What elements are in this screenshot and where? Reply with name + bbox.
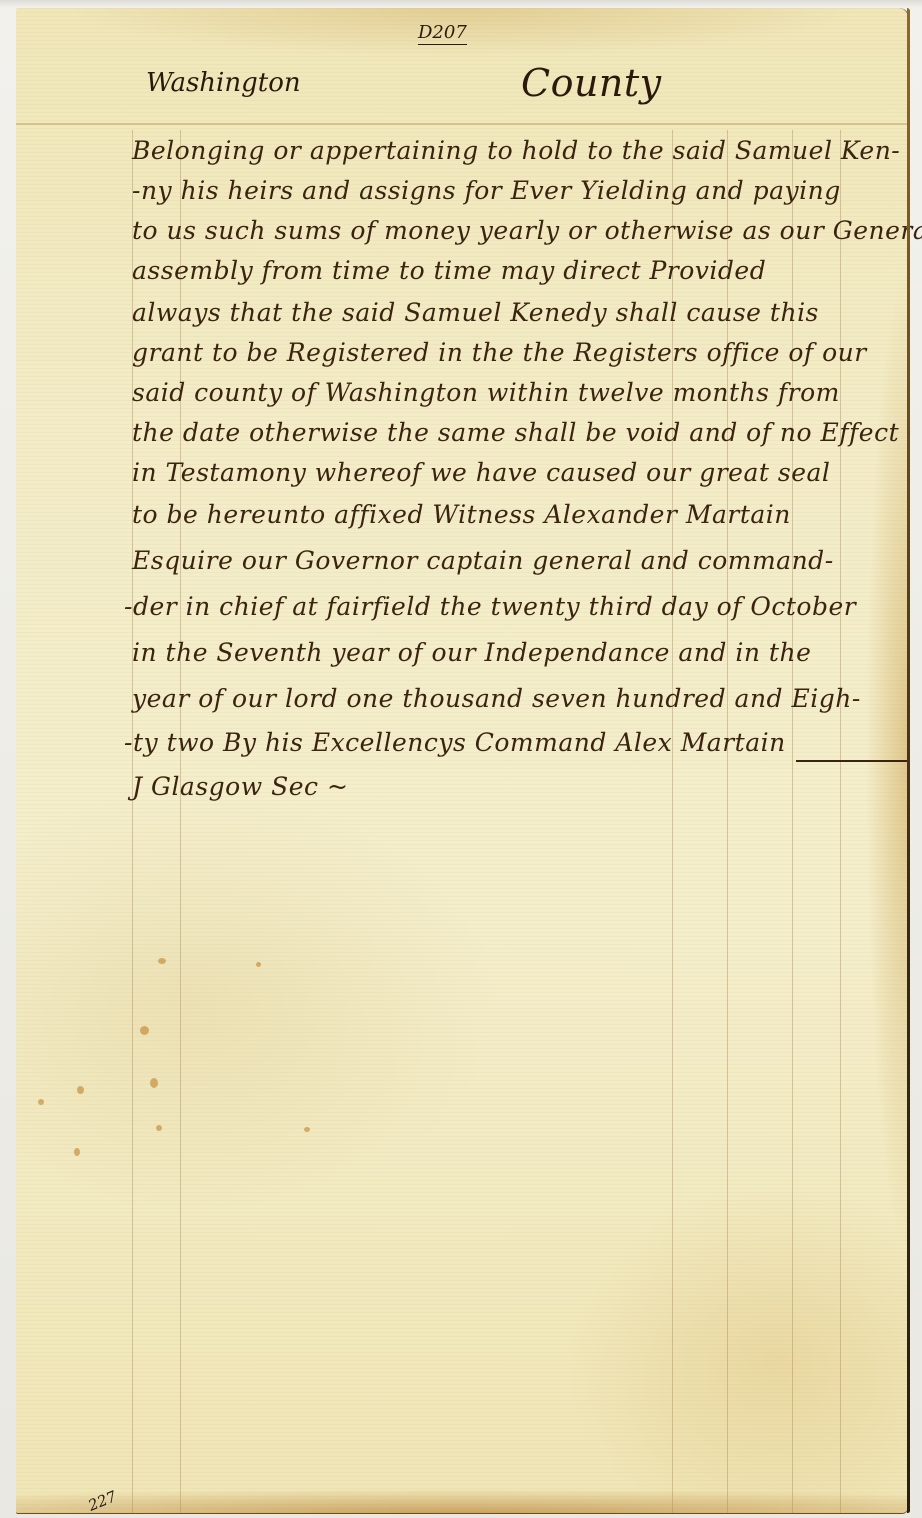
text-line: the date otherwise the same shall be voi… bbox=[132, 420, 899, 445]
foxing-stain bbox=[158, 958, 166, 964]
header-rule-line bbox=[16, 123, 908, 125]
text-line: -der in chief at fairfield the twenty th… bbox=[124, 594, 856, 619]
county-label: County bbox=[521, 64, 662, 102]
foxing-stain bbox=[304, 1127, 310, 1132]
foxing-stain bbox=[77, 1086, 84, 1094]
text-line: Esquire our Governor captain general and… bbox=[132, 548, 834, 573]
foxing-stain bbox=[256, 962, 261, 967]
page-number: 227 bbox=[86, 1487, 119, 1514]
text-line: to be hereunto affixed Witness Alexander… bbox=[132, 502, 791, 527]
text-line: Belonging or appertaining to hold to the… bbox=[132, 138, 900, 163]
text-line: -ny his heirs and assigns for Ever Yield… bbox=[132, 178, 841, 203]
signature-underline bbox=[796, 760, 908, 762]
folio-number: D207 bbox=[418, 22, 467, 45]
secretary-signature: J Glasgow Sec ~ bbox=[132, 774, 348, 799]
text-line: in Testamony whereof we have caused our … bbox=[132, 460, 830, 485]
document-page: D207 Washington County Belonging or appe… bbox=[16, 8, 908, 1513]
text-line: -ty two By his Excellencys Command Alex … bbox=[124, 730, 786, 755]
foxing-stain bbox=[156, 1125, 162, 1131]
foxing-stain bbox=[38, 1099, 44, 1105]
text-line: year of our lord one thousand seven hund… bbox=[132, 686, 861, 711]
text-line: said county of Washington within twelve … bbox=[132, 380, 840, 405]
text-line: assembly from time to time may direct Pr… bbox=[132, 258, 766, 283]
foxing-stain bbox=[150, 1078, 158, 1088]
text-line: to us such sums of money yearly or other… bbox=[132, 218, 922, 243]
text-line: in the Seventh year of our Independance … bbox=[132, 640, 811, 665]
foxing-stain bbox=[74, 1148, 80, 1156]
foxing-stain bbox=[140, 1026, 149, 1035]
county-name: Washington bbox=[146, 70, 301, 96]
text-line: always that the said Samuel Kenedy shall… bbox=[132, 300, 819, 325]
text-line: grant to be Registered in the the Regist… bbox=[132, 340, 867, 365]
